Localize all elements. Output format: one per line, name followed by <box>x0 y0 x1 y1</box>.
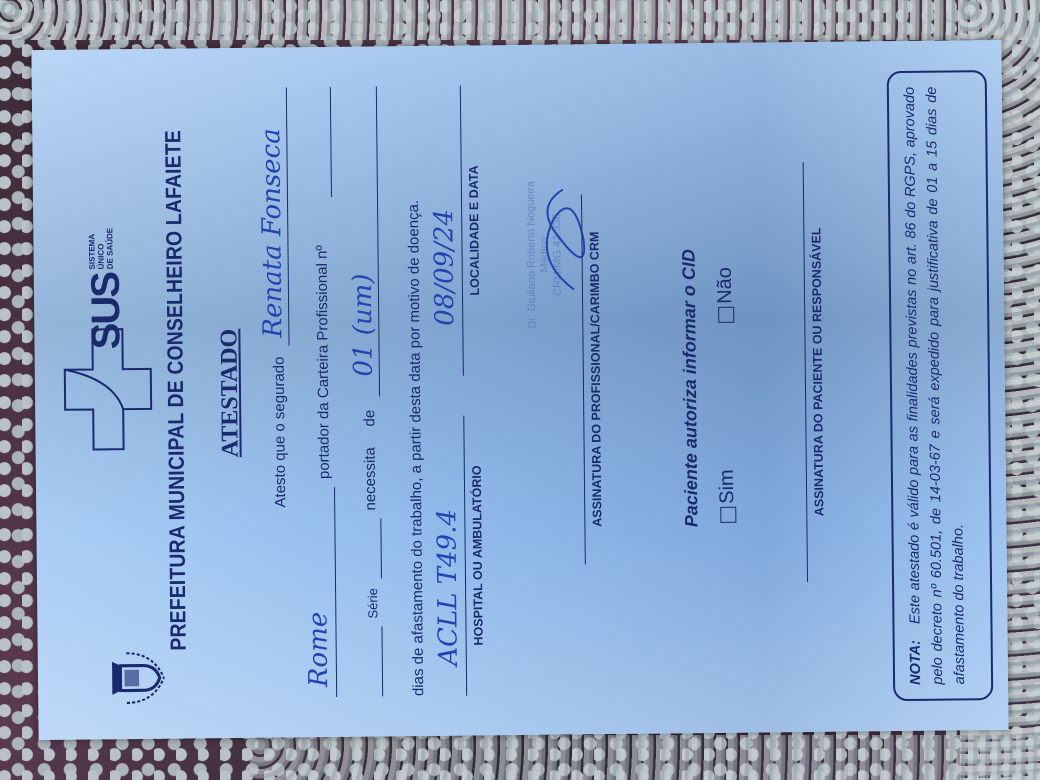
checkbox-nao[interactable] <box>718 307 734 323</box>
cid-question: Paciente autoriza informar o CID <box>676 43 704 733</box>
carteira-continuation-field[interactable]: Rome <box>303 612 334 688</box>
de-label: de <box>361 410 378 427</box>
document-header: SUS SISTEMA ÚNICO DE SAÚDE PREFEITURA MU… <box>59 48 216 740</box>
cid-option-nao[interactable]: Não <box>714 267 738 323</box>
days-field[interactable]: 01 (um) <box>348 273 379 376</box>
serie-line <box>380 518 382 578</box>
carteira-row: Rome portador da Carteira Profissional n… <box>308 87 340 697</box>
sus-subtitle-line: DE SAÚDE <box>105 228 114 269</box>
cid-option-sim[interactable]: Sim <box>716 469 740 523</box>
option-label-sim: Sim <box>716 469 739 504</box>
patient-signature-caption: ASSINATURA DO PACIENTE OU RESPONSÁVEL <box>809 162 827 582</box>
hospital-line <box>463 416 467 696</box>
professional-caption: ASSINATURA DO PROFISSIONAL/CARIMBO CRM <box>587 174 605 584</box>
medical-certificate-paper: SUS SISTEMA ÚNICO DE SAÚDE PREFEITURA MU… <box>31 40 1008 740</box>
note-label: NOTA: <box>908 640 924 685</box>
sus-subtitle-line: SISTEMA <box>87 228 96 269</box>
insured-name-field[interactable]: Renata Fonseca <box>256 128 288 338</box>
serie-row: Série necessita de 01 (um) <box>354 86 386 696</box>
sus-subtitle-line: ÚNICO <box>96 228 105 269</box>
patient-signature-line <box>803 162 808 582</box>
background-fabric-bottom <box>250 735 1040 780</box>
carteira-number-line <box>330 87 332 197</box>
coat-of-arms-icon <box>106 647 169 710</box>
serie-label: Série <box>365 588 380 619</box>
insured-row: Atesto que o segurado Renata Fonseca <box>264 87 296 697</box>
background-fabric-top <box>0 0 1040 40</box>
necessita-label: necessita <box>362 447 380 511</box>
doctor-signature[interactable] <box>533 184 594 295</box>
afastamento-row: dias de afastamento do trabalho, a parti… <box>400 86 432 696</box>
local-date-caption: LOCALIDADE E DATA <box>466 85 483 375</box>
carteira-prefix-line <box>334 487 337 697</box>
checkbox-sim[interactable] <box>720 507 736 523</box>
note-text: Este atestado é válido para as finalidad… <box>902 87 968 685</box>
hospital-field[interactable]: ACLL T49.4 <box>432 509 464 666</box>
sus-logo-text: SUS <box>84 273 130 350</box>
afastamento-text: dias de afastamento do trabalho, a parti… <box>405 200 427 696</box>
institution-title: PREFEITURA MUNICIPAL DE CONSELHEIRO LAFA… <box>160 130 191 651</box>
hospital-caption: HOSPITAL OU AMBULATÓRIO <box>469 415 486 695</box>
serie-prefix-line <box>381 626 383 696</box>
note-box: NOTA:Este atestado é válido para as fina… <box>887 70 994 701</box>
sus-subtitle: SISTEMA ÚNICO DE SAÚDE <box>87 228 114 270</box>
carteira-label: portador da Carteira Profissional nº <box>313 245 332 479</box>
option-label-nao: Não <box>714 267 737 304</box>
certificate-body: Atesto que o segurado Renata Fonseca Rom… <box>264 88 270 698</box>
local-date-field[interactable]: 08/09/24 <box>429 209 460 326</box>
atesto-label: Atesto que o segurado <box>271 356 290 507</box>
document-title: ATESTADO <box>213 48 247 738</box>
local-date-line <box>460 86 464 376</box>
